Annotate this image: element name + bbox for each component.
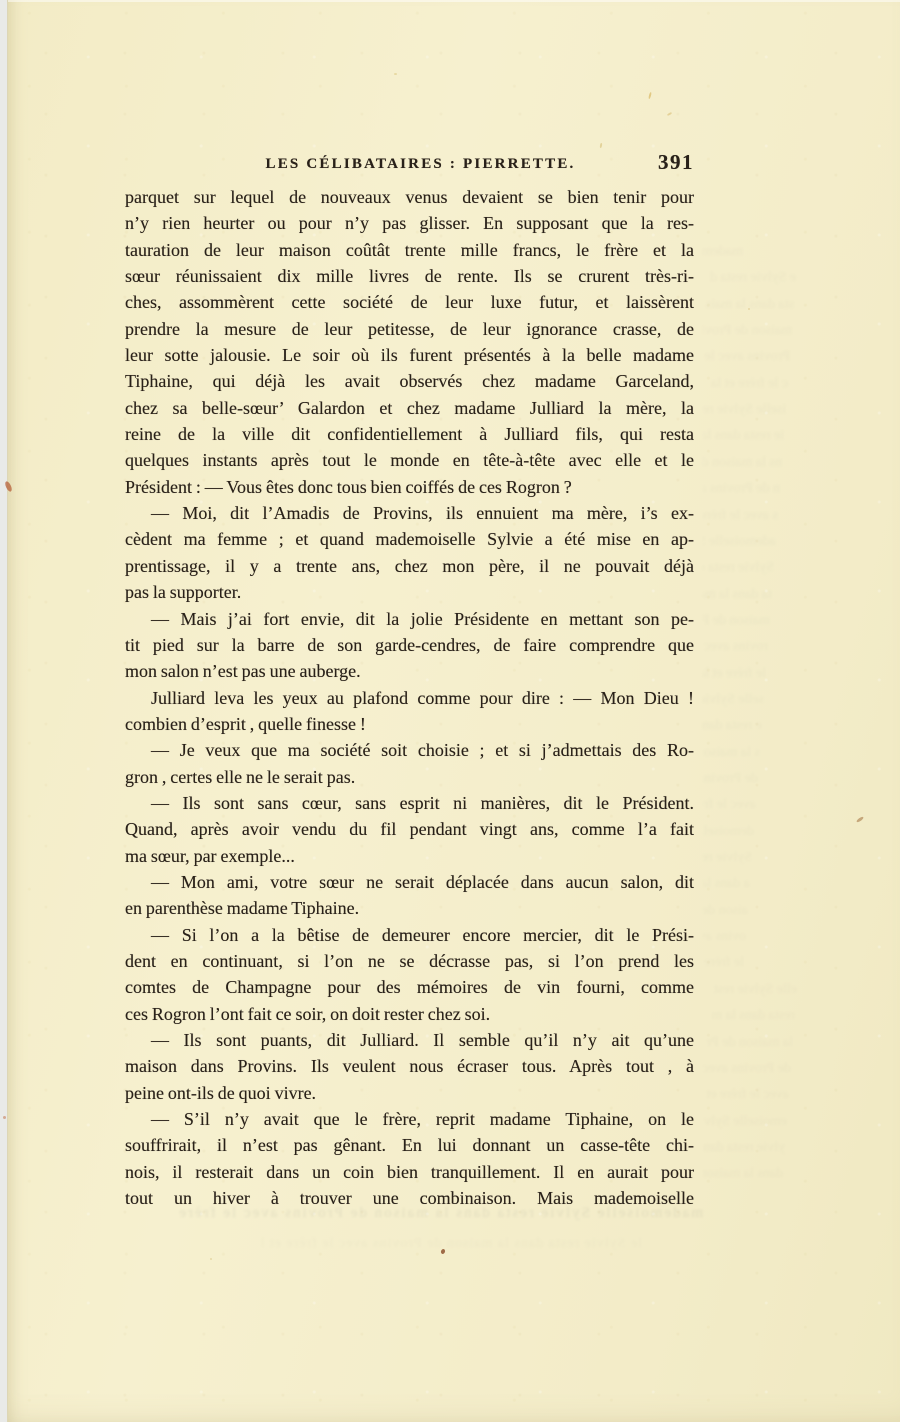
text-line: pas la supporter. bbox=[125, 579, 694, 605]
text-line: — Si l’on a la bêtise de demeurer encore… bbox=[125, 922, 694, 948]
text-line: ma sœur, par exemple... bbox=[125, 843, 694, 869]
text-line: — Mais j’ai fort envie, dit la jolie Pré… bbox=[125, 606, 694, 632]
text-line: n’y rien heurter ou pour n’y pas glisser… bbox=[125, 210, 694, 236]
text-line: tit pied sur la barre de son garde-cendr… bbox=[125, 632, 694, 658]
text-line: — Je veux que ma société soit choisie ; … bbox=[125, 737, 694, 763]
text-line: reine de la ville dit confidentiellement… bbox=[125, 421, 694, 447]
text-line: ches, assommèrent cette société de leur … bbox=[125, 289, 694, 315]
text-line: leur sotte jalousie. Le soir où ils fure… bbox=[125, 342, 694, 368]
text-line: gron , certes elle ne le serait pas. bbox=[125, 764, 694, 790]
text-line: parquet sur lequel de nouveaux venus dev… bbox=[125, 184, 694, 210]
text-line: — Ils sont sans cœur, sans esprit ni man… bbox=[125, 790, 694, 816]
text-line: nois, il resterait dans un coin bien tra… bbox=[125, 1159, 694, 1185]
text-line: Tiphaine, qui déjà les avait observés ch… bbox=[125, 368, 694, 394]
text-line: Julliard leva les yeux au plafond comme … bbox=[125, 685, 694, 711]
scanned-book-page: mademoiselle Syle Sylvie resta dsta dans… bbox=[0, 0, 900, 1422]
text-line: tauration de leur maison coûtât trente m… bbox=[125, 237, 694, 263]
text-line: — Mon ami, votre sœur ne serait déplacée… bbox=[125, 869, 694, 895]
text-line: maison dans Provins. Ils veulent nous éc… bbox=[125, 1053, 694, 1079]
text-line: prentissage, il y a trente ans, chez mon… bbox=[125, 553, 694, 579]
text-line: combien d’esprit , quelle finesse ! bbox=[125, 711, 694, 737]
text-line: Président : — Vous êtes donc tous bien c… bbox=[125, 474, 694, 500]
text-line: — S’il n’y avait que le frère, reprit ma… bbox=[125, 1106, 694, 1132]
text-line: cèdent ma femme ; et quand mademoiselle … bbox=[125, 526, 694, 552]
text-line: mon salon n’est pas une auberge. bbox=[125, 658, 694, 684]
text-line: ces Rogron l’ont fait ce soir, on doit r… bbox=[125, 1001, 694, 1027]
body-text: parquet sur lequel de nouveaux venus dev… bbox=[125, 184, 694, 1211]
text-line: sœur réunissaient dix mille livres de re… bbox=[125, 263, 694, 289]
text-line: Quand, après avoir vendu du fil pendant … bbox=[125, 816, 694, 842]
text-line: tout un hiver à trouver une combinaison.… bbox=[125, 1185, 694, 1211]
text-line: peine ont-ils de quoi vivre. bbox=[125, 1080, 694, 1106]
text-line: — Moi, dit l’Amadis de Provins, ils ennu… bbox=[125, 500, 694, 526]
text-line: chez sa belle-sœur’ Galardon et chez mad… bbox=[125, 395, 694, 421]
text-line: souffrirait, il n’est pas gênant. En lui… bbox=[125, 1132, 694, 1158]
running-title: LES CÉLIBATAIRES : PIERRETTE. bbox=[125, 154, 694, 174]
text-line: — Ils sont puants, dit Julliard. Il semb… bbox=[125, 1027, 694, 1053]
page-number: 391 bbox=[658, 151, 694, 173]
text-line: en parenthèse madame Tiphaine. bbox=[125, 895, 694, 921]
text-line: dent en continuant, si l’on ne se décras… bbox=[125, 948, 694, 974]
text-line: prendre la mesure de leur petitesse, de … bbox=[125, 316, 694, 342]
text-line: comtes de Champagne pour des mémoires de… bbox=[125, 974, 694, 1000]
text-line: quelques instants après tout le monde en… bbox=[125, 447, 694, 473]
